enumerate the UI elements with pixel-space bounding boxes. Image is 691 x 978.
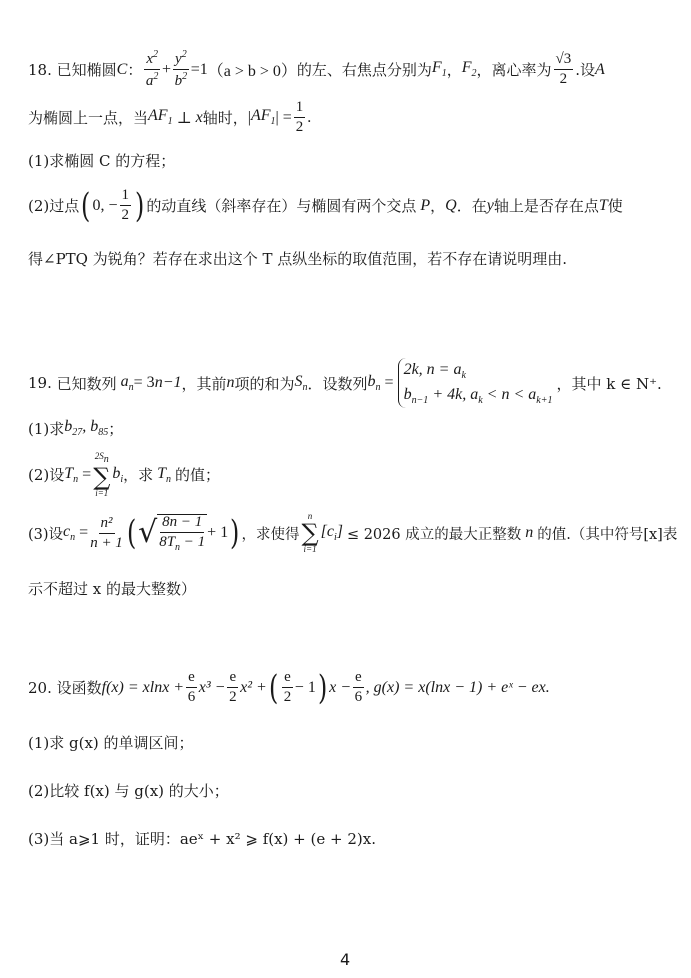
point-fraction: 12: [120, 188, 132, 223]
page-number: 4: [340, 950, 350, 969]
q20-part-2: (2)比较 f(x) 与 g(x) 的大小；: [28, 780, 229, 801]
q19-part-3-line-2: 示不超过 x 的最大整数）: [28, 578, 196, 599]
q18-number: 18.: [28, 61, 52, 79]
fraction-x2-a2: x2a2: [144, 50, 160, 89]
cn-fraction: n²n + 1: [90, 516, 123, 551]
piecewise-definition: 2k, n = ak bn−1 + 4k, ak < n < ak+1: [398, 358, 553, 408]
q20-part-1: (1)求 g(x) 的单调区间；: [28, 732, 194, 753]
fraction-y2-b2: y2b2: [173, 50, 189, 89]
q18-part-2-line-2: 得∠PTQ 为锐角？若存在求出这个 T 点纵坐标的取值范围，若不存在请说明理由.: [28, 248, 567, 269]
q18-part-2: (2)过点 ( 0, − 12 ) 的动直线（斜率存在）与椭圆有两个交点 P，Q…: [28, 188, 623, 223]
q19-line-1: 19. 已知数列 an = 3n−1 ，其前 n 项的和为 Sn ．设数列 bn…: [28, 358, 662, 408]
summation-symbol: 2Sn ∑ i=1: [93, 452, 110, 498]
q19-part-1: (1)求 b27, b85 ；: [28, 418, 123, 439]
half-fraction: 12: [294, 100, 306, 135]
summation-symbol-2: n ∑ i=1: [301, 512, 318, 554]
q20-part-3: (3)当 a⩾1 时，证明：aeˣ + x² ⩾ f(x) + (e + 2)x…: [28, 828, 376, 849]
q19-part-3: (3)设 cn = n²n + 1 ( √ 8n − 18Tn − 1 + 1 …: [28, 512, 677, 554]
q18-part-1: (1)求椭圆 C 的方程；: [28, 150, 175, 171]
eccentricity-fraction: √32: [554, 52, 574, 87]
q20-line-1: 20. 设函数 f(x) = xlnx + e6 x³ − e2 x² + ( …: [28, 670, 550, 705]
q18-line-2: 为椭圆上一点，当 AF1 ⊥ x 轴时， |AF1| = 12 .: [28, 100, 311, 135]
square-root: √ 8n − 18Tn − 1: [138, 514, 207, 553]
q19-part-2: (2)设 Tn = 2Sn ∑ i=1 bi ，求 Tn 的值；: [28, 452, 220, 498]
q18-line-1: 18. 已知椭圆 C ： x2a2 + y2b2 =1 （a > b > 0） …: [28, 50, 605, 89]
